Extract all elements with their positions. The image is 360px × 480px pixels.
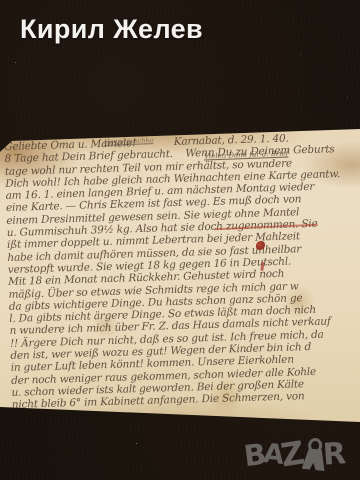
bazar-letter: R [322, 439, 347, 471]
handwriting-lines: Geliebte Oma u. Mamele! Karnabat, d. 29.… [4, 128, 360, 411]
dust-specks [0, 0, 1, 1]
bag-notch [309, 463, 316, 471]
page-title: Кирил Желев [20, 14, 203, 45]
dark-backdrop: Кирил Желев Geliebte Oma u. Mamele! Karn… [0, 0, 360, 480]
bazar-logo: B A Z R [244, 422, 346, 470]
letter-photo[interactable]: Geliebte Oma u. Mamele! Karnabat, d. 29.… [0, 0, 360, 480]
handwritten-insert-note: Hannimuschka [104, 136, 154, 146]
